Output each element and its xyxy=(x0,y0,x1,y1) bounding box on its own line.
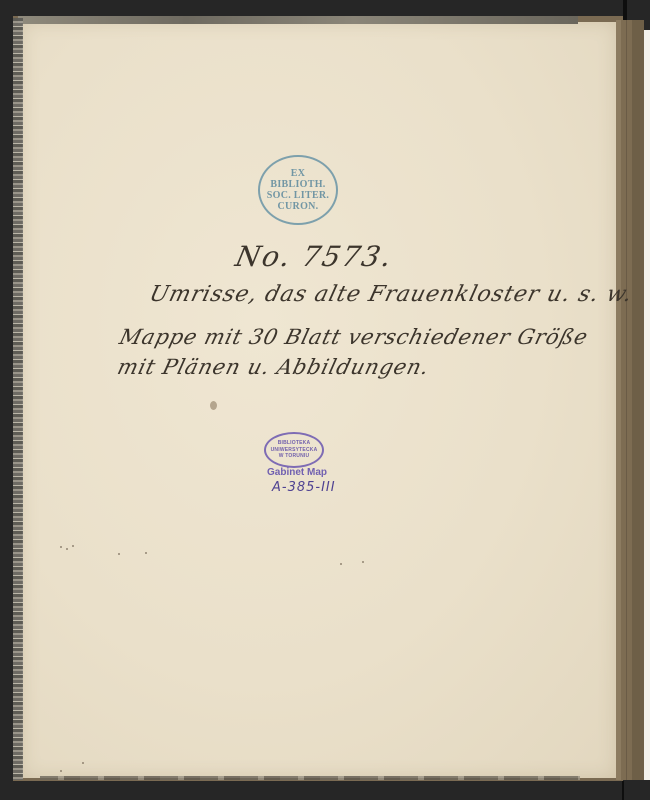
scan-edge-mark-bottom xyxy=(622,781,624,800)
paper-speck xyxy=(72,545,74,547)
paper-speck xyxy=(60,546,62,548)
university-library-stamp: BIBLIOTEKA UNIWERSYTECKA W TORUNIU xyxy=(264,432,324,468)
stamp-line: SOC. LITER. xyxy=(267,190,330,201)
description-line-2: Mappe mit 30 Blatt verschiedener Größe xyxy=(117,325,591,349)
document-scan: EX BIBLIOTH. SOC. LITER. CURON. No. 7573… xyxy=(0,0,650,800)
description-line-1: Umrisse, das alte Frauenkloster u. s. w. xyxy=(147,282,635,307)
paper-speck xyxy=(362,561,364,563)
paper-speck xyxy=(60,770,62,772)
society-library-stamp: EX BIBLIOTH. SOC. LITER. CURON. xyxy=(258,155,338,225)
page-bottom-edge xyxy=(40,776,580,780)
paper-speck xyxy=(340,563,342,565)
stamp-line: W TORUNIU xyxy=(279,453,310,460)
department-stamp: Gabinet Map xyxy=(267,467,327,478)
paper-speck xyxy=(145,552,147,554)
shelfmark: A-385-III xyxy=(272,480,336,495)
paper-speck xyxy=(82,762,84,764)
stamp-line: CURON. xyxy=(278,201,319,212)
folder-spine-left xyxy=(13,18,23,780)
paper-stain xyxy=(210,401,217,410)
reference-number: No. 7573. xyxy=(232,240,396,273)
paper-speck xyxy=(66,548,68,550)
description-line-3: mit Plänen u. Abbildungen. xyxy=(115,355,432,379)
stamp-line: EX xyxy=(291,168,306,179)
folder-spine-right xyxy=(616,20,644,780)
stamp-line: BIBLIOTH. xyxy=(270,179,325,190)
scan-edge-mark xyxy=(623,0,627,20)
paper-page xyxy=(22,22,616,778)
page-top-edge xyxy=(18,16,578,24)
paper-speck xyxy=(118,553,120,555)
scan-margin-right xyxy=(644,30,650,780)
